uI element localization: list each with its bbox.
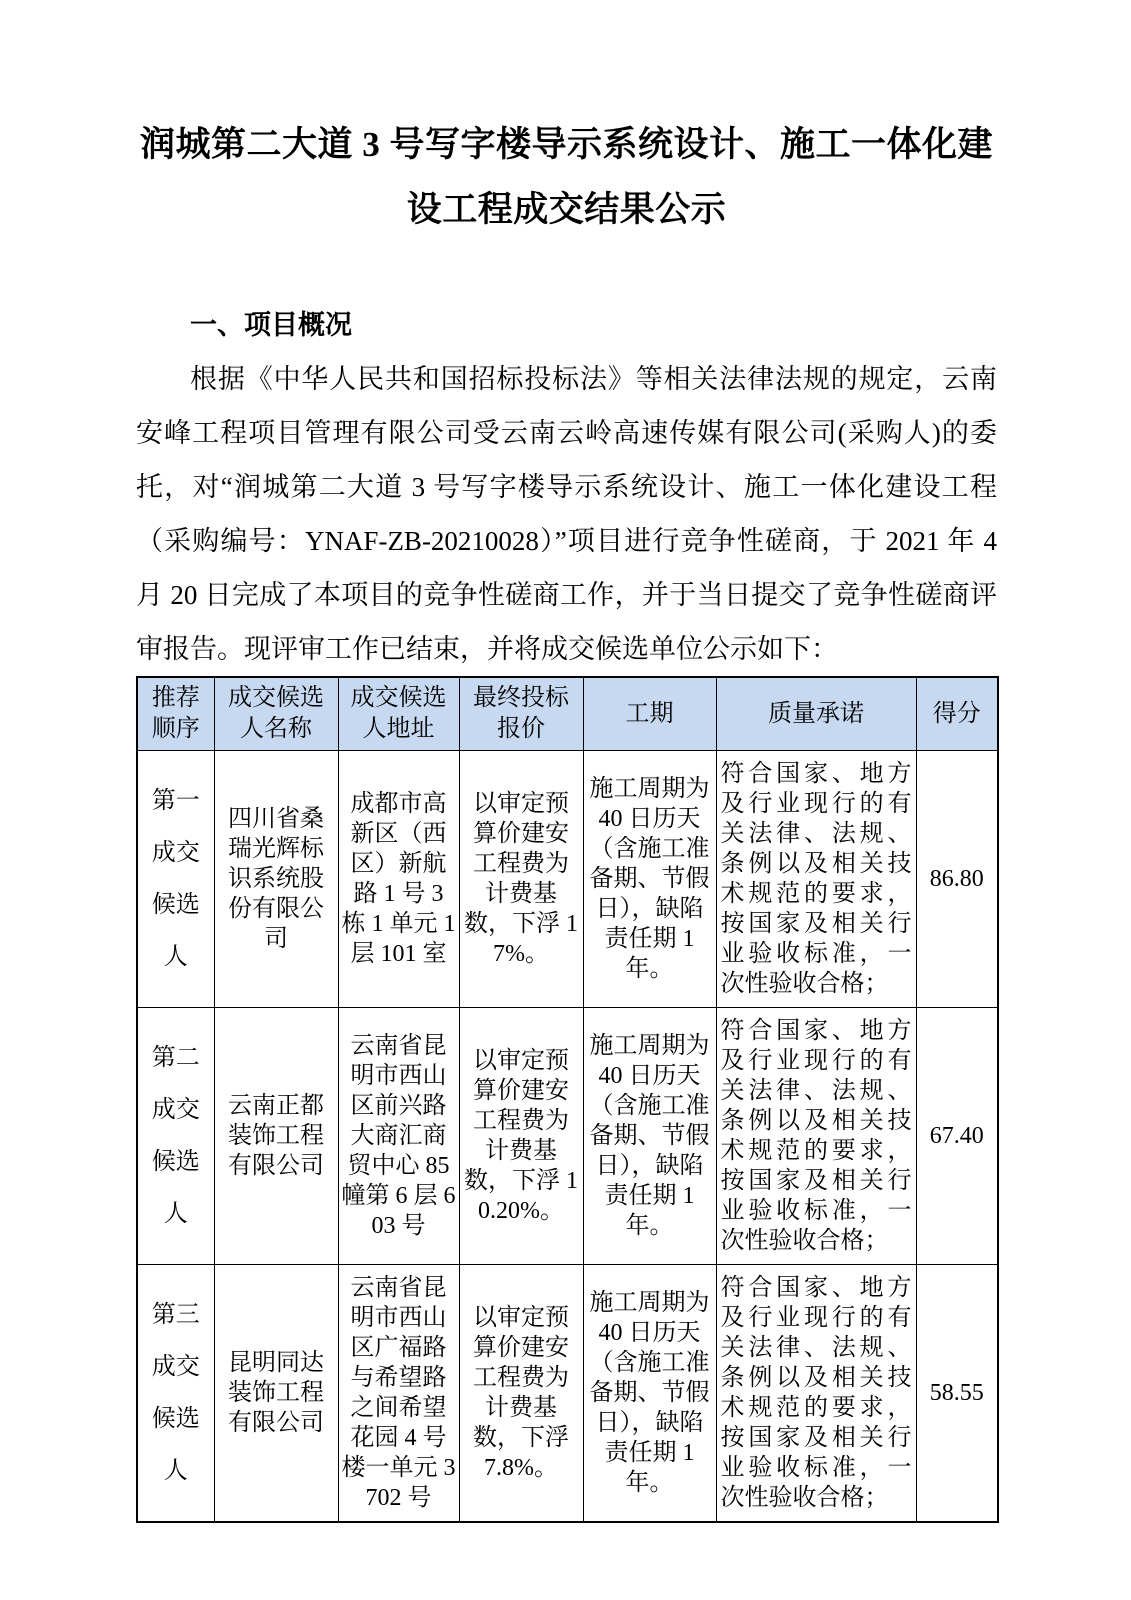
table-row-third-candidate: 第三成交候选人 昆明同达装饰工程有限公司 云南省昆明市西山区广福路与希望路之间希… (137, 1265, 998, 1523)
cell-rank: 第三成交候选人 (137, 1265, 214, 1523)
column-header-duration: 工期 (583, 677, 716, 751)
project-overview-paragraph: 根据《中华人民共和国招标投标法》等相关法律法规的规定，云南安峰工程项目管理有限公… (136, 352, 997, 676)
cell-score: 58.55 (916, 1265, 998, 1523)
column-header-final-bid: 最终投标报价 (459, 677, 583, 751)
table-row-first-candidate: 第一成交候选人 四川省桑瑞光辉标识系统股份有限公司 成都市高新区（西区）新航路 … (137, 751, 998, 1008)
cell-duration: 施工周期为 40 日历天（含施工准备期、节假日），缺陷责任期 1 年。 (583, 751, 716, 1008)
cell-quality-commitment: 符合国家、地方及行业现行的有关法律、法规、条例以及相关技术规范的要求，按国家及相… (716, 751, 916, 1008)
cell-quality-commitment: 符合国家、地方及行业现行的有关法律、法规、条例以及相关技术规范的要求，按国家及相… (716, 1008, 916, 1265)
candidate-results-table: 推荐顺序 成交候选人名称 成交候选人地址 最终投标报价 工期 质量承诺 得分 第… (136, 676, 999, 1523)
column-header-candidate-name: 成交候选人名称 (214, 677, 338, 751)
cell-score: 86.80 (916, 751, 998, 1008)
cell-rank: 第二成交候选人 (137, 1008, 214, 1265)
cell-quality-commitment: 符合国家、地方及行业现行的有关法律、法规、条例以及相关技术规范的要求，按国家及相… (716, 1265, 916, 1523)
column-header-candidate-address: 成交候选人地址 (338, 677, 459, 751)
table-row-second-candidate: 第二成交候选人 云南正都装饰工程有限公司 云南省昆明市西山区前兴路大商汇商贸中心… (137, 1008, 998, 1265)
cell-final-bid: 以审定预算价建安工程费为计费基数，下浮 17%。 (459, 751, 583, 1008)
document-title: 润城第二大道 3 号写字楼导示系统设计、施工一体化建设工程成交结果公示 (136, 112, 997, 242)
column-header-rank: 推荐顺序 (137, 677, 214, 751)
cell-candidate-name: 四川省桑瑞光辉标识系统股份有限公司 (214, 751, 338, 1008)
cell-rank: 第一成交候选人 (137, 751, 214, 1008)
section-heading-project-overview: 一、项目概况 (136, 298, 997, 352)
cell-candidate-address: 云南省昆明市西山区前兴路大商汇商贸中心 85 幢第 6 层 603 号 (338, 1008, 459, 1265)
cell-score: 67.40 (916, 1008, 998, 1265)
column-header-score: 得分 (916, 677, 998, 751)
cell-candidate-address: 成都市高新区（西区）新航路 1 号 3 栋 1 单元 1 层 101 室 (338, 751, 459, 1008)
cell-duration: 施工周期为 40 日历天（含施工准备期、节假日），缺陷责任期 1 年。 (583, 1265, 716, 1523)
cell-candidate-address: 云南省昆明市西山区广福路与希望路之间希望花园 4 号楼一单元 3702 号 (338, 1265, 459, 1523)
cell-final-bid: 以审定预算价建安工程费为计费基数，下浮 7.8%。 (459, 1265, 583, 1523)
cell-final-bid: 以审定预算价建安工程费为计费基数，下浮 10.20%。 (459, 1008, 583, 1265)
column-header-quality-commitment: 质量承诺 (716, 677, 916, 751)
document-page: 润城第二大道 3 号写字楼导示系统设计、施工一体化建设工程成交结果公示 一、项目… (0, 0, 1131, 1600)
table-header-row: 推荐顺序 成交候选人名称 成交候选人地址 最终投标报价 工期 质量承诺 得分 (137, 677, 998, 751)
cell-candidate-name: 云南正都装饰工程有限公司 (214, 1008, 338, 1265)
cell-duration: 施工周期为 40 日历天（含施工准备期、节假日），缺陷责任期 1 年。 (583, 1008, 716, 1265)
cell-candidate-name: 昆明同达装饰工程有限公司 (214, 1265, 338, 1523)
